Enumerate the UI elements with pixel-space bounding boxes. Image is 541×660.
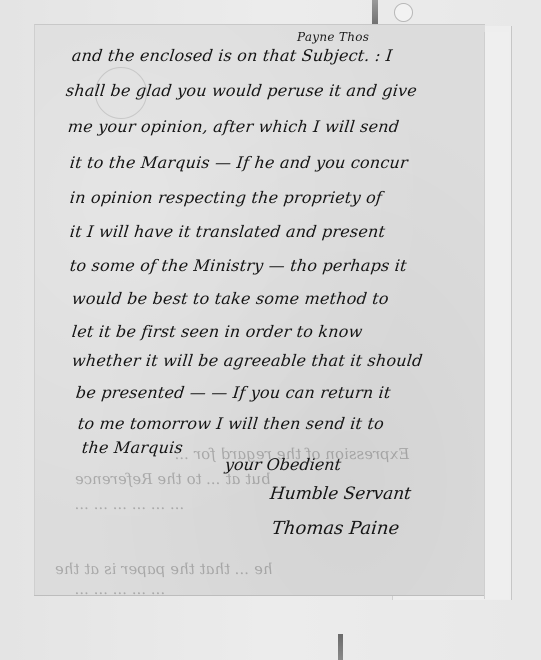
letter-line: shall be glad you would peruse it and gi… [65,81,418,100]
right-margin-strip [484,32,509,599]
letter-line: be presented — — If you can return it [75,383,392,402]
bleed-through-text: ... ... ... ... ... [74,580,166,598]
closing-line: your Obedient [224,455,342,474]
letter-line: let it be first seen in order to know [71,322,364,341]
letter-line: would be best to take some method to [71,289,390,308]
letter-line: to me tomorrow I will then send it to [77,414,385,433]
letter-page: Expression of the regard for ... but at … [34,24,485,595]
bleed-through-text: ... ... ... ... ... ... [74,495,186,513]
mount-clip-bottom [338,634,343,660]
letter-line: the Marquis [81,438,184,457]
letter-line: to some of the Ministry — tho perhaps it [69,256,408,275]
letter-line: in opinion respecting the propriety of [69,188,383,207]
mount-hole [394,3,413,22]
bleed-through-text: he ... that the paper is at the [54,560,274,578]
docket-note: Payne Thos [297,30,369,44]
letter-line: and the enclosed is on that Subject. : I [71,46,393,65]
letter-line: it I will have it translated and present [69,222,386,241]
closing-line: Humble Servant [269,484,412,504]
signature: Thomas Paine [271,518,400,539]
letter-line: me your opinion, after which I will send [67,117,400,136]
letter-line: it to the Marquis — If he and you concur [69,153,409,172]
letter-line: whether it will be agreeable that it sho… [71,351,424,370]
